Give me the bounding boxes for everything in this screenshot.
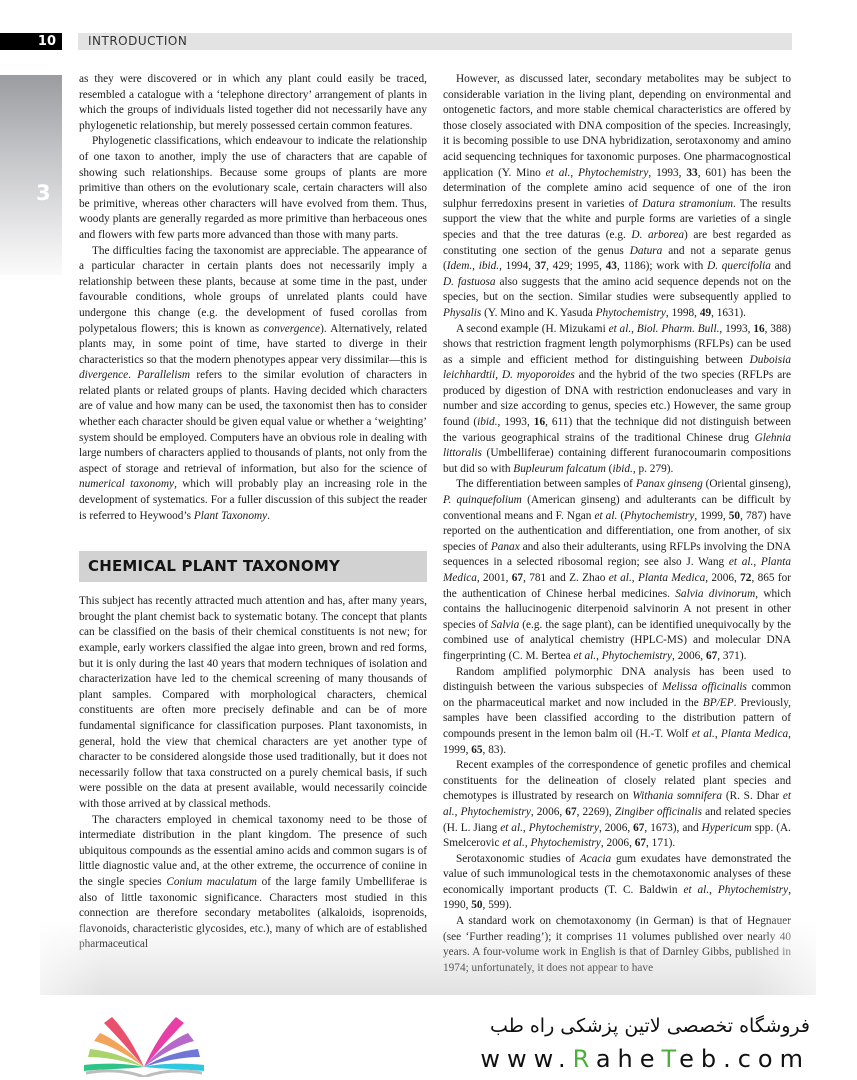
paragraph: A second example (H. Mizukami et al., Bi… — [443, 322, 791, 478]
page-number: 10 — [0, 33, 62, 50]
open-book-rainbow-icon — [82, 1005, 206, 1077]
running-header-title: INTRODUCTION — [78, 33, 792, 50]
paragraph: Random amplified polymorphic DNA analysi… — [443, 665, 791, 759]
paragraph: Serotaxonomic studies of Acacia gum exud… — [443, 852, 791, 914]
paragraph: as they were discovered or in which any … — [79, 72, 427, 134]
paragraph: A standard work on chemotaxonomy (in Ger… — [443, 914, 791, 976]
chapter-tab-number: 3 — [36, 181, 51, 205]
paragraph: The difficulties facing the taxonomist a… — [79, 244, 427, 525]
right-column: However, as discussed later, secondary m… — [443, 72, 791, 976]
paragraph: This subject has recently attracted much… — [79, 594, 427, 812]
paragraph: Recent examples of the correspondence of… — [443, 758, 791, 852]
watermark-persian-text: فروشگاه تخصصی لاتین پزشکی راه طب — [450, 1013, 810, 1039]
paragraph: However, as discussed later, secondary m… — [443, 72, 791, 322]
paragraph: Phylogenetic classifications, which ende… — [79, 134, 427, 243]
watermark-text-block: فروشگاه تخصصی لاتین پزشکی راه طب www.Rah… — [450, 1013, 810, 1075]
paragraph: The differentiation between samples of P… — [443, 477, 791, 664]
chapter-tab: 3 — [0, 75, 62, 275]
section-heading: CHEMICAL PLANT TAXONOMY — [79, 551, 427, 582]
left-column: as they were discovered or in which any … — [79, 72, 427, 953]
paragraph: The characters employed in chemical taxo… — [79, 813, 427, 953]
watermark-url: www.RaheTeb.com — [450, 1043, 810, 1075]
